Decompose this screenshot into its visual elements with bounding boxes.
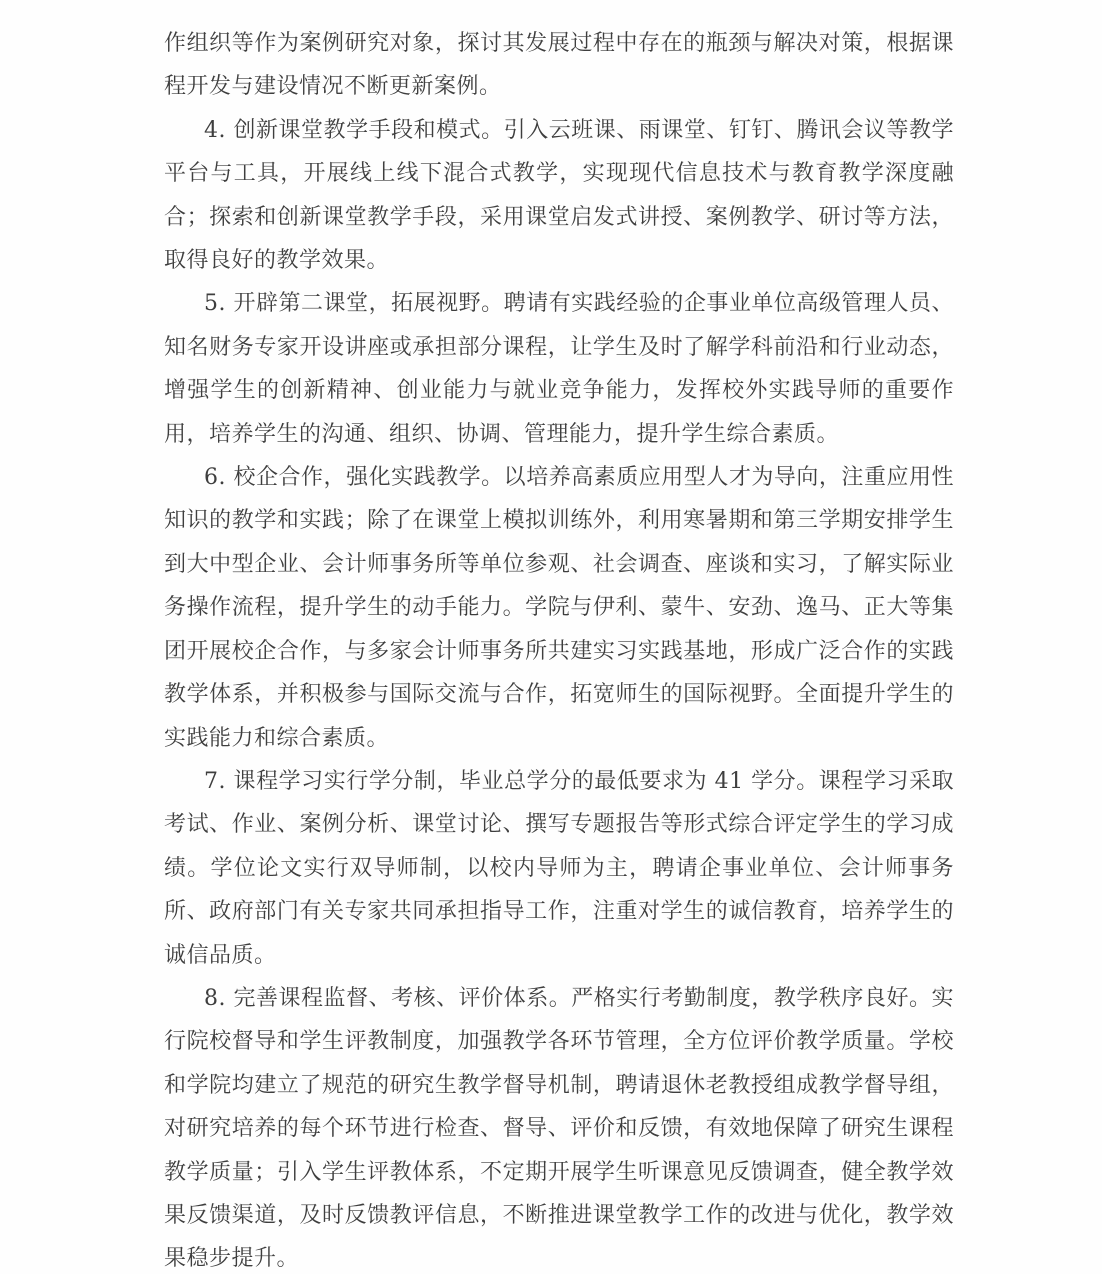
- document-body: 作组织等作为案例研究对象，探讨其发展过程中存在的瓶颈与解决对策，根据课程开发与建…: [164, 22, 954, 1274]
- paragraph: 作组织等作为案例研究对象，探讨其发展过程中存在的瓶颈与解决对策，根据课程开发与建…: [164, 22, 954, 109]
- paragraph: 4. 创新课堂教学手段和模式。引入云班课、雨课堂、钉钉、腾讯会议等教学平台与工具…: [164, 109, 954, 283]
- paragraph: 6. 校企合作，强化实践教学。以培养高素质应用型人才为导向，注重应用性知识的教学…: [164, 456, 954, 760]
- paragraph: 5. 开辟第二课堂，拓展视野。聘请有实践经验的企事业单位高级管理人员、知名财务专…: [164, 282, 954, 456]
- document-page: 作组织等作为案例研究对象，探讨其发展过程中存在的瓶颈与解决对策，根据课程开发与建…: [0, 0, 1102, 1274]
- paragraph: 7. 课程学习实行学分制，毕业总学分的最低要求为 41 学分。课程学习采取考试、…: [164, 760, 954, 977]
- paragraph: 8. 完善课程监督、考核、评价体系。严格实行考勤制度，教学秩序良好。实行院校督导…: [164, 977, 954, 1274]
